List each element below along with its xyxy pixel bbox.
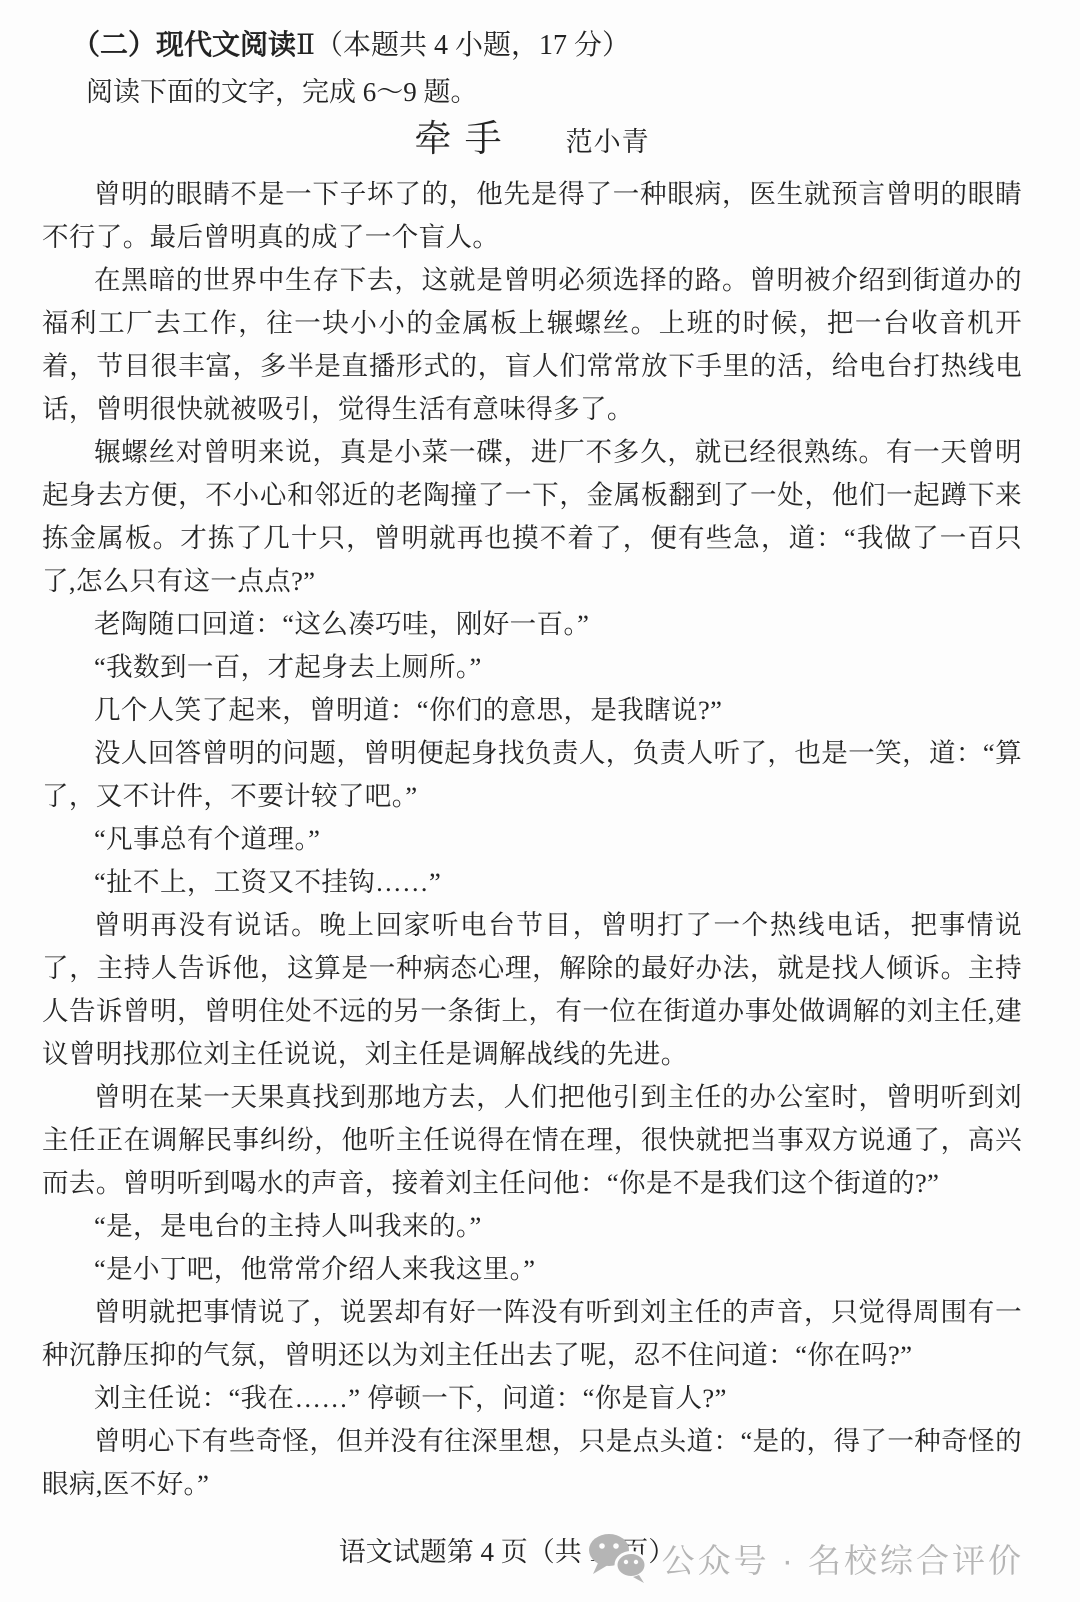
section-heading-bold: （二）现代文阅读 [72,30,296,61]
watermark: 公众号 · 名校综合评价 [586,1532,1024,1584]
passage-paragraph: 曾明就把事情说了，说罢却有好一阵没有听到刘主任的声音，只觉得周围有一种沉静压抑的… [42,1291,1022,1377]
passage-paragraph: 曾明再没有说话。晚上回家听电台节目，曾明打了一个热线电话，把事情说了，主持人告诉… [42,904,1022,1076]
passage-paragraph: “我数到一百，才起身去上厕所。” [42,646,1022,689]
passage-title: 牵 手 [414,116,503,164]
passage-paragraph: 没人回答曾明的问题，曾明便起身找负责人，负责人听了，也是一笑，道：“算了，又不计… [42,732,1022,818]
passage-paragraph: 曾明心下有些奇怪，但并没有往深里想，只是点头道：“是的，得了一种奇怪的眼病,医不… [42,1420,1022,1506]
passage-paragraph: 在黑暗的世界中生存下去，这就是曾明必须选择的路。曾明被介绍到街道办的福利工厂去工… [42,259,1022,431]
passage-paragraph: 老陶随口回道：“这么凑巧哇，刚好一百。” [42,603,1022,646]
passage-paragraph: 曾明在某一天果真找到那地方去，人们把他引到主任的办公室时，曾明听到刘主任正在调解… [42,1076,1022,1205]
passage-body: 曾明的眼睛不是一下子坏了的，他先是得了一种眼病，医生就预言曾明的眼睛不行了。最后… [42,173,1022,1506]
section-heading: （二）现代文阅读Ⅱ（本题共 4 小题，17 分） [42,22,1022,69]
page-footer: 语文试题第 4 页（共 11 页） 公众号 · 名校综合评价 [0,1526,1080,1582]
passage-paragraph: 几个人笑了起来，曾明道：“你们的意思，是我瞎说?” [42,689,1022,732]
exam-paper-page: （二）现代文阅读Ⅱ（本题共 4 小题，17 分） 阅读下面的文字，完成 6～9 … [0,0,1080,1602]
page-content: （二）现代文阅读Ⅱ（本题共 4 小题，17 分） 阅读下面的文字，完成 6～9 … [42,22,1022,1506]
section-heading-rest: Ⅱ（本题共 4 小题，17 分） [296,30,630,61]
passage-paragraph: 曾明的眼睛不是一下子坏了的，他先是得了一种眼病，医生就预言曾明的眼睛不行了。最后… [42,173,1022,259]
passage-paragraph: 刘主任说：“我在……” 停顿一下，问道：“你是盲人?” [42,1377,1022,1420]
reading-instruction: 阅读下面的文字，完成 6～9 题。 [42,69,1022,115]
passage-paragraph: “凡事总有个道理。” [42,818,1022,861]
passage-title-row: 牵 手 范小青 [42,116,1022,166]
passage-author: 范小青 [566,118,650,166]
watermark-text: 公众号 · 名校综合评价 [662,1535,1024,1582]
passage-paragraph: 辗螺丝对曾明来说，真是小菜一碟，进厂不多久，就已经很熟练。有一天曾明起身去方便，… [42,431,1022,603]
passage-paragraph: “是，是电台的主持人叫我来的。” [42,1205,1022,1248]
wechat-icon [586,1532,650,1584]
passage-paragraph: “扯不上，工资又不挂钩……” [42,861,1022,904]
passage-paragraph: “是小丁吧，他常常介绍人来我这里。” [42,1248,1022,1291]
